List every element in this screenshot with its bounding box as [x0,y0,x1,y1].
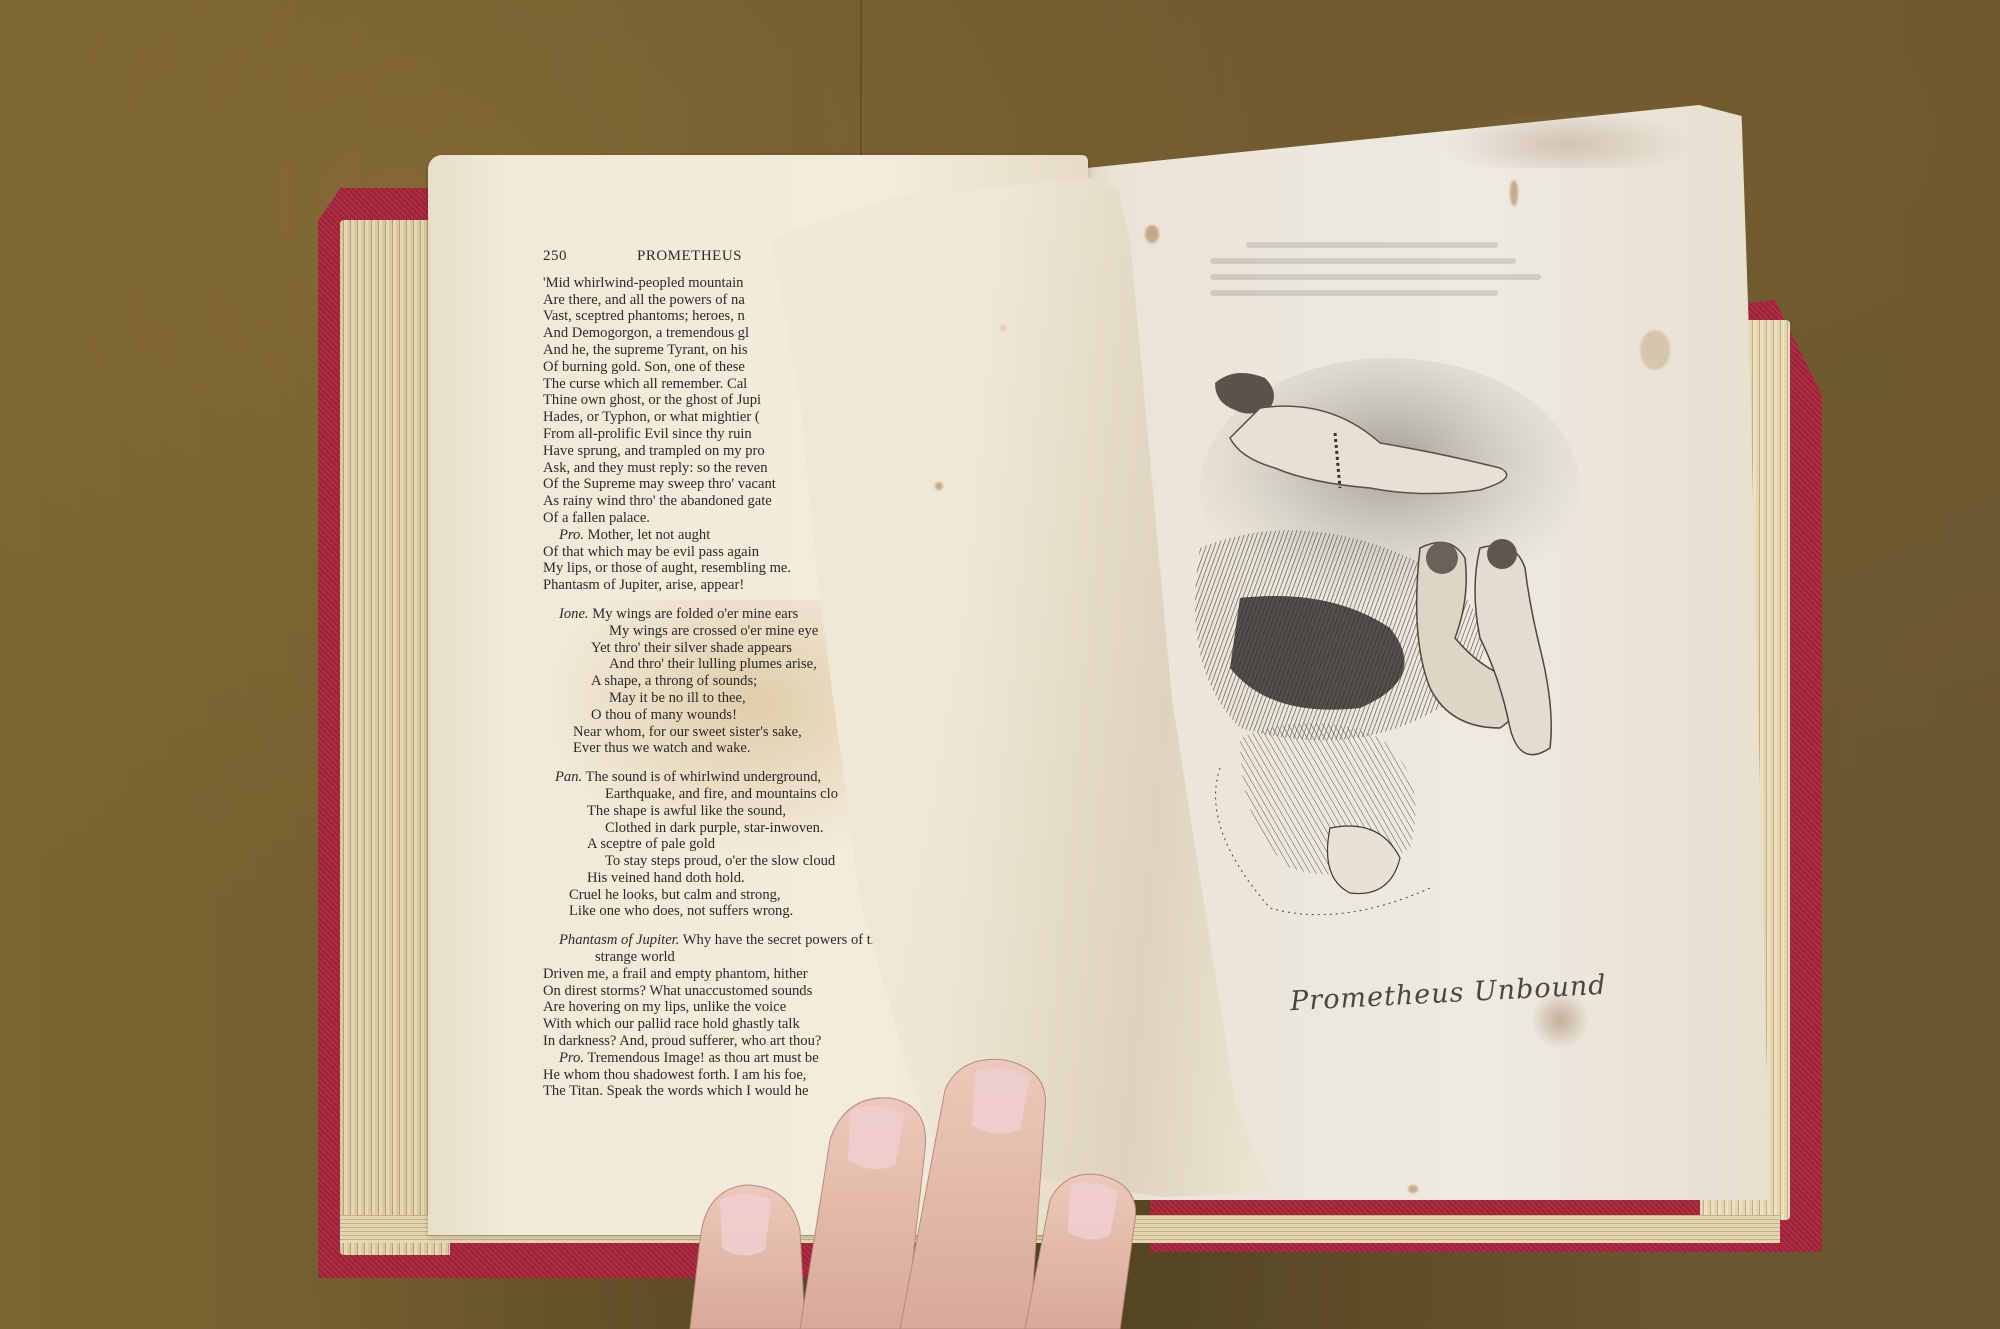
fingernail [1068,1183,1118,1240]
fingernail [720,1194,772,1256]
hand [0,0,2000,1329]
